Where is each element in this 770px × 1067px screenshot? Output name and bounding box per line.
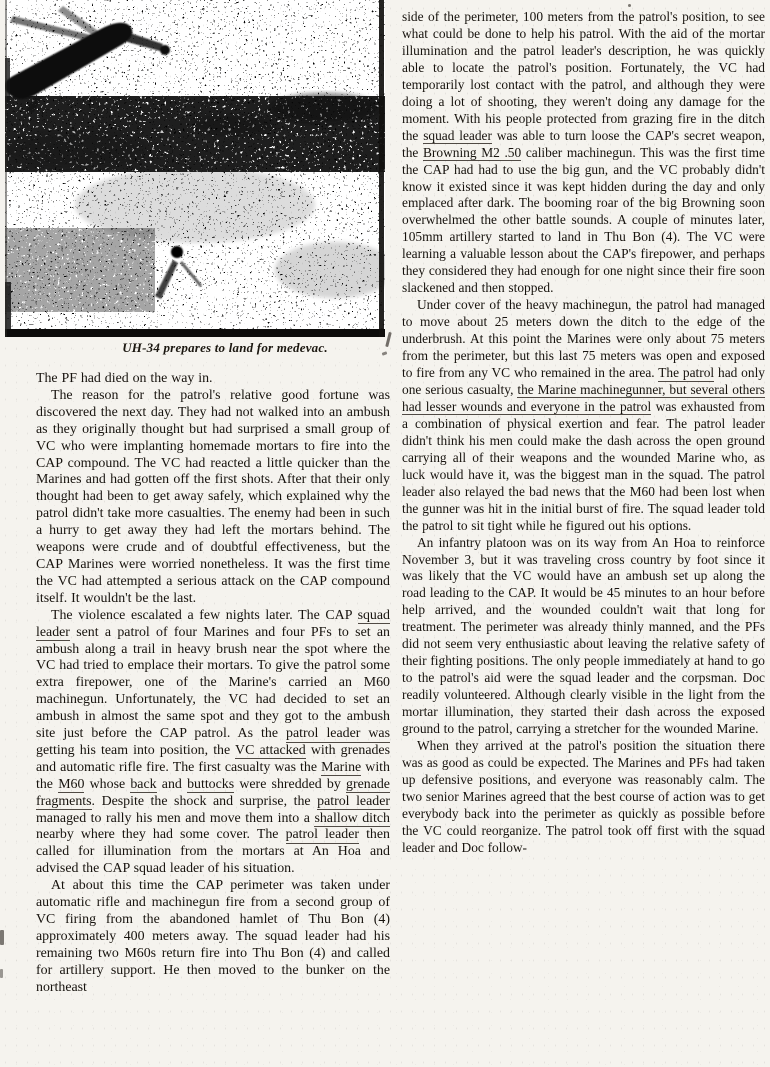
- pencil-underlined-text: M60: [58, 777, 84, 794]
- text-segment: managed to rally his men and move them i…: [36, 811, 314, 826]
- pencil-underlined-text: squad leader: [423, 128, 492, 145]
- text-segment: At about this time the CAP perimeter was…: [36, 878, 390, 994]
- pencil-underlined-text: patrol leader: [286, 827, 359, 844]
- pencil-underlined-text: patrol leader was: [286, 726, 390, 743]
- text-segment: When they arrived at the patrol's positi…: [402, 738, 765, 855]
- scanned-book-page: { "colors": { "paper": "#f5f3ee", "ink":…: [0, 0, 770, 1067]
- text-segment: An infantry platoon was on its way from …: [402, 535, 765, 736]
- treeline-band: [5, 93, 385, 172]
- paragraph: The PF had died on the way in.: [36, 371, 390, 388]
- text-segment: The violence escalated a few nights late…: [51, 608, 358, 623]
- paragraph: An infantry platoon was on its way from …: [402, 535, 765, 738]
- text-segment: nearby where they had some cover. The: [36, 827, 286, 842]
- scan-artifact: [0, 930, 4, 945]
- pencil-underlined-text: VC attacked: [235, 743, 306, 760]
- photo-canvas: [5, 0, 385, 337]
- pencil-underlined-text: patrol leader: [317, 794, 390, 811]
- scan-artifact: [628, 4, 631, 7]
- photo-caption: UH-34 prepares to land for medevac.: [15, 340, 435, 356]
- paragraph: The reason for the patrol's relative goo…: [36, 388, 390, 608]
- text-segment: were shredded by: [234, 777, 346, 792]
- paragraph: At about this time the CAP perimeter was…: [36, 878, 390, 996]
- text-segment: . Despite the shock and surprise, the: [92, 794, 318, 809]
- scan-artifact: [0, 969, 3, 978]
- text-segment: and: [157, 777, 187, 792]
- paragraph: The violence escalated a few nights late…: [36, 608, 390, 879]
- pencil-underlined-text: back: [130, 777, 156, 794]
- text-segment: side of the perimeter, 100 meters from t…: [402, 9, 765, 143]
- text-segment: whose: [84, 777, 130, 792]
- pencil-underlined-text: Marine: [321, 760, 361, 777]
- pencil-underlined-text: shallow ditch: [314, 811, 390, 828]
- left-column: The PF had died on the way in.The reason…: [36, 371, 390, 1067]
- text-segment: getting his team into position, the: [36, 743, 235, 758]
- paragraph: When they arrived at the patrol's positi…: [402, 738, 765, 857]
- pencil-underlined-text: Browning M2 .50: [423, 145, 521, 162]
- right-column: side of the perimeter, 100 meters from t…: [402, 9, 765, 1065]
- paragraph: Under cover of the heavy machinegun, the…: [402, 297, 765, 534]
- text-segment: caliber machinegun. This was the first t…: [402, 145, 765, 296]
- pencil-underlined-text: buttocks: [187, 777, 234, 794]
- text-segment: The reason for the patrol's relative goo…: [36, 388, 390, 606]
- text-segment: The PF had died on the way in.: [36, 371, 213, 386]
- text-segment: was exhausted from a combination of phys…: [402, 399, 765, 533]
- text-segment: sent a patrol of four Marines and four P…: [36, 625, 390, 741]
- medevac-photo: [5, 0, 385, 337]
- pencil-underlined-text: The patrol: [658, 365, 714, 382]
- paragraph: side of the perimeter, 100 meters from t…: [402, 9, 765, 297]
